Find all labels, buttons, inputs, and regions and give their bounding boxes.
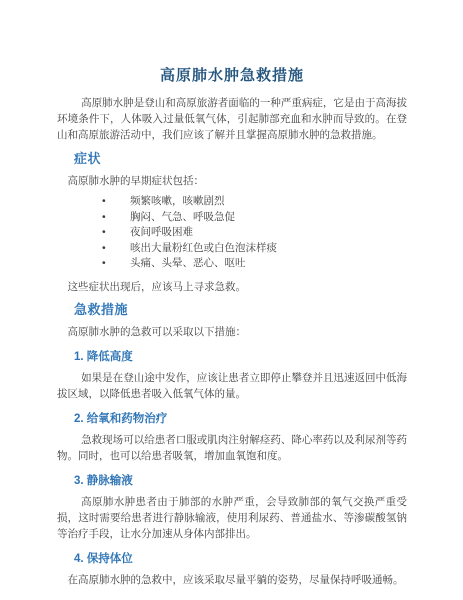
intro-paragraph: 高原肺水肿是登山和高原旅游者面临的一种严重病症，它是由于高海拔环境条件下，人体吸…	[57, 95, 407, 143]
symptoms-outro: 这些症状出现后，应该马上寻求急救。	[57, 279, 407, 295]
subsection-heading-reduce-altitude: 1. 降低高度	[74, 349, 407, 365]
symptom-item: 咳出大量粉红色或白色泡沫样痰	[130, 241, 407, 257]
symptom-item: 夜间呼吸困难	[130, 225, 407, 241]
first-aid-lead: 高原肺水肿的急救可以采取以下措施：	[57, 324, 407, 340]
symptom-item: 胸闷、气急、呼吸急促	[130, 210, 407, 226]
document-page: 高原肺水肿急救措施 高原肺水肿是登山和高原旅游者面临的一种严重病症，它是由于高海…	[0, 0, 463, 600]
symptoms-lead: 高原肺水肿的早期症状包括：	[57, 173, 407, 189]
subsection-body-oxygen-medication: 急救现场可以给患者口服或肌肉注射解痉药、降心率药以及利尿剂等药物。同时，也可以给…	[57, 432, 407, 464]
section-heading-symptoms: 症状	[74, 150, 407, 168]
subsection-body-iv-infusion: 高原肺水肿患者由于肺部的水肿严重，会导致肺部的氧气交换严重受损，这时需要给患者进…	[57, 494, 407, 542]
subsection-body-body-position: 在高原肺水肿的急救中，应该采取尽量平躺的姿势，尽量保持呼吸通畅。	[57, 572, 407, 588]
subsection-heading-iv-infusion: 3. 静脉输液	[74, 473, 407, 489]
subsection-heading-oxygen-medication: 2. 给氧和药物治疗	[74, 411, 407, 427]
section-heading-first-aid: 急救措施	[74, 301, 407, 319]
subsection-body-reduce-altitude: 如果是在登山途中发作，应该让患者立即停止攀登并且迅速返回中低海拔区域，以降低患者…	[57, 370, 407, 402]
subsection-heading-body-position: 4. 保持体位	[74, 551, 407, 567]
symptom-item: 头痛、头晕、恶心、呕吐	[130, 256, 407, 272]
page-title: 高原肺水肿急救措施	[57, 66, 407, 86]
symptom-list: 频繁咳嗽，咳嗽剧烈 胸闷、气急、呼吸急促 夜间呼吸困难 咳出大量粉红色或白色泡沫…	[57, 194, 407, 272]
symptom-item: 频繁咳嗽，咳嗽剧烈	[130, 194, 407, 210]
